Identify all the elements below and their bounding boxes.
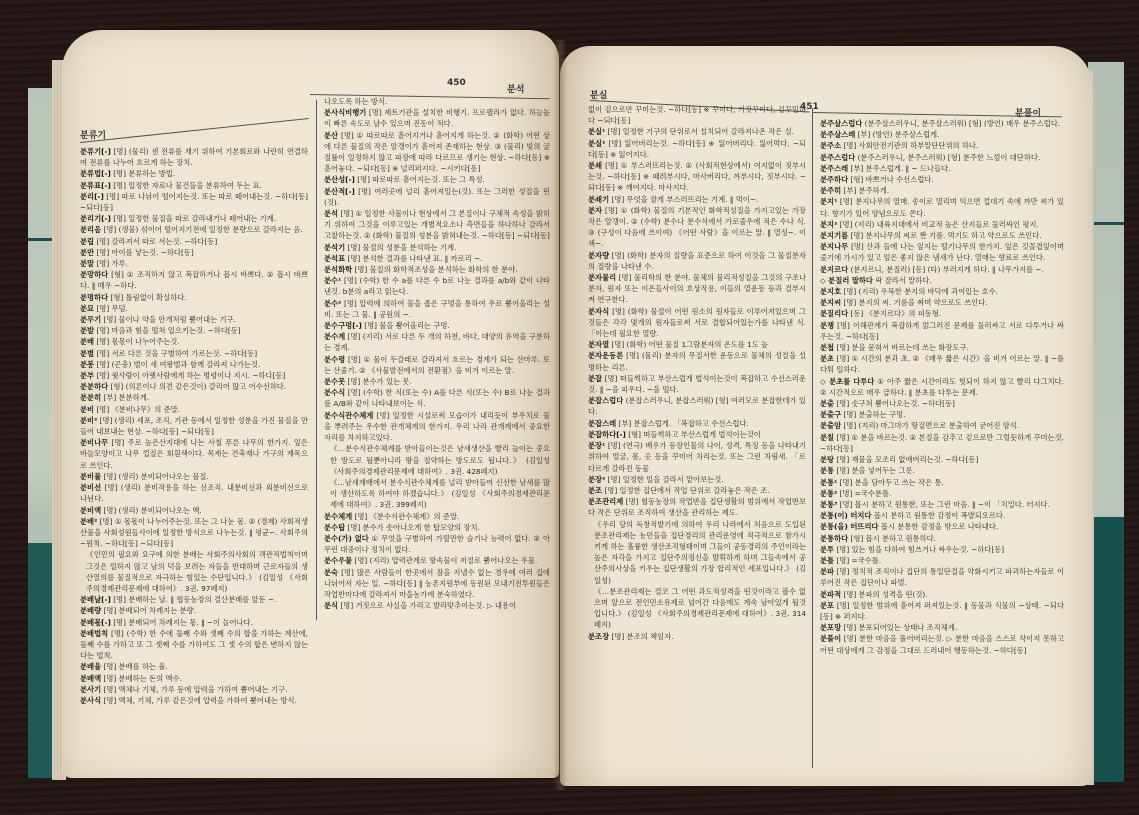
dictionary-entry: 분조관리제 [명] 협동농장의 작업반을 집단생활의 범위에서 작업반보다 작은… [588, 496, 806, 518]
dictionary-entry: 분산 [명] ① 따로따로 흩어지거나 흩어지게 하는것. ② (화학) 어떤 … [324, 130, 550, 175]
headword: 분주히 [820, 186, 841, 195]
dictionary-entry: 분비물 [명] (생리) 분비되어나오는 물질. [80, 471, 308, 482]
dictionary-entry: 분수령 [명] ① 물이 두갈래로 갈라져서 흐르는 경계가 되는 산마루. 또… [324, 354, 550, 376]
dictionary-entry: 분사기 [명] 액체나 기체, 가루 등에 압력을 가하여 뿜어내는 기구. [80, 684, 308, 695]
definition: [명] 산과 들에 나는 잎지는 떨기나무의 한가지. 잎은 깃꼴겹잎이며 줄기… [820, 242, 1064, 262]
dictionary-entry: 분산성[-] [명] 따로따로 흩어지는것. 또는 그 특성. [324, 174, 550, 185]
headword: 분주하다 [820, 175, 848, 184]
dictionary-entry: 분배² [명] ① 몫몫이 나누어주는것. 또는 그 나눈 몫. ② (경제) … [80, 516, 308, 550]
dictionary-entry: 분지호 [명] (지리) 우묵한 분지의 바닥에 괴여있는 호수. [820, 286, 1064, 297]
definition: [명] 분파의 성격을 띤(것). [843, 590, 927, 599]
dictionary-entry: 없이 겉으로만 꾸미는것. ~하다[동] ※ 꾸미다, 거짓꾸미다, 겉꾸밈하다… [588, 104, 806, 126]
column-separator [812, 108, 813, 768]
column-separator [316, 100, 317, 620]
headword: 분사식비행기 [324, 108, 366, 117]
headword: 분립 [80, 237, 94, 246]
definition: [명] 무엇을 잘게 부스러뜨리는 기계. ‖ 먹이~. [611, 195, 758, 204]
definition: [명] 이해관계가 복잡하게 얽그러진 문제를 둘러싸고 서로 다투거나 싸우는… [820, 321, 1064, 341]
dictionary-entry: 분수탑 [명] 분수가 솟아나오게 한 탑모양의 장치. [324, 522, 550, 533]
headword: 분석표 [324, 254, 345, 263]
definition: [명] 분배를 하는 율. [103, 662, 167, 671]
definition: [명] 윗사람이 아랫사람에게 하는 명령이나 지시. ~하다[동] [96, 371, 285, 380]
definition: [명] 분을 넣어두는 그릇. [836, 466, 914, 475]
headword: 분무기 [80, 315, 101, 324]
dictionary-entry: 분산적[-] [명] 여러곳에 널리 흩어져있는(것). 또는 그러한 성질을 … [324, 186, 550, 208]
definition: [명] 여러곳에 널리 흩어져있는(것). 또는 그러한 성질을 띤(것). [324, 187, 550, 207]
dictionary-entry: 분틀 [명] =국수틀. [820, 555, 1064, 566]
definition: [명] =국수틀. [836, 556, 881, 565]
definition: [명] 따로 나뉘어 떨어지는것. 또는 따로 떼어내는것. ~하다[동] ~되… [80, 192, 308, 212]
definition: [명] 분지나무의 씨로 짠 기름. 먹기도 하고 약으로도 쓰인다. [851, 231, 1042, 240]
headword: 분포망 [820, 623, 841, 632]
definition: [명] (연극) 배우가 등장인물의 나이, 성격, 특징 등을 나타내기 위하… [588, 441, 806, 472]
headword: 분자열 [588, 340, 609, 349]
dictionary-entry: 분자량 [명] (화학) 분자의 질량을 표준으로 하여 이것을 그 물질분자의… [588, 250, 806, 272]
dictionary-entry: 분수식관수체계 [명] 일정한 시설로써 모습이가 내리듯이 부우치로 물을 뿌… [324, 410, 550, 444]
definition: [명] (생물) 섞이어 떨어지기전에 일정한 분량으로 갈라지는 음. [103, 225, 302, 234]
dictionary-entry: 분파적 [명] 분파의 성격을 띤(것). [820, 589, 1064, 600]
definition: [명] (화학) 어떤 물질 1그람분자의 온도를 1도 높 [611, 340, 768, 349]
definition: [명] 분수가 솟아나오게 한 탑모양의 장치. [347, 523, 479, 532]
dictionary-entry: 분주히 [부] 분주하게. [820, 185, 1064, 196]
definition: [명] 서로 다른 것을 구별하여 가르는것. ~하다[동] [96, 349, 257, 358]
headword: 분장² [588, 475, 605, 484]
definition: [명] 분조의 책임자. [611, 632, 673, 641]
headword: 분자운동론 [588, 351, 623, 360]
definition: [명] (지리) 내륙지대에서 비교적 높은 산지들로 둘러싸인 평지. [840, 220, 1039, 229]
headword: 분수령 [324, 355, 345, 364]
headword: 분자 [588, 206, 602, 215]
dictionary-entry: 분분히 [부] 분분하게. [80, 392, 308, 403]
dictionary-entry: 분실¹ [명] 일정한 기구의 단위로서 설치되어 갈라져나온 작은 실. [588, 126, 806, 137]
headword: 분잡하다[-] [588, 430, 626, 439]
headword: 분지² [820, 220, 837, 229]
dictionary-entry: 분주살스럽다 (분주살스러우니, 분주살스러워) [형] (방언) 매우 분주스… [820, 118, 1064, 129]
page-number-left: 450 [447, 78, 466, 88]
definition: [명] 솟구쳐 뿜어나오는것. ~하다[동] [836, 399, 954, 408]
definition: [명] 분포되어있는 상태나 조직체계. [843, 623, 957, 632]
definition: [동] 《분지르다》의 피동형. [851, 309, 942, 318]
quotation: 《…남새재배에서 분수식관수체계를 널리 받아들여 신선한 남새를 많이 생산하… [324, 477, 550, 511]
definition: (분주살스러우니, 분주살스러워) [형] (방언) 매우 분주스럽다. [865, 119, 1060, 128]
headword: ◇ 분질러 말하다 [820, 276, 873, 285]
dictionary-entry: 분석기 [명] 물질의 성분을 분석하는 기계. [324, 242, 550, 253]
definition: [명] (생리) 세포, 조직, 기관 등에서 일정한 성분을 가진 물질을 만… [80, 416, 308, 436]
definition: 없이 겉으로만 꾸미는것. ~하다[동] ※ 꾸미다, 거짓꾸미다, 겉꾸밈하다… [588, 105, 806, 125]
dictionary-entry: 분지² [명] (지리) 내륙지대에서 비교적 높은 산지들로 둘러싸인 평지. [820, 219, 1064, 230]
definition: [명] (생리) 분비되어나오는 물질. [103, 472, 208, 481]
headword: 분류기[-] [80, 147, 111, 156]
dictionary-entry: 분무기 [명] 물이나 약을 안개처럼 뿜어내는 기구. [80, 314, 308, 325]
headword: 분배액 [80, 674, 101, 683]
headword: 분파적 [820, 590, 841, 599]
dictionary-entry: 분장¹ [명] (연극) 배우가 등장인물의 나이, 성격, 특징 등을 나타내… [588, 440, 806, 474]
dictionary-entry: 분수구멍[-] [명] 물을 뿜어올리는 구멍. [324, 320, 550, 331]
dictionary-entry: 분출구 [명] 분출하는 구멍. [820, 409, 1064, 420]
headword: 분칠 [820, 433, 834, 442]
dictionary-entry: 분수(가) 없다 ① 무엇을 구별하여 가릴만한 슬기나 능력이 없다. ② 아… [324, 533, 550, 555]
definition: [부] 분잡스럽게. 「복잡하고 수선스럽다. [619, 419, 749, 428]
dictionary-entry: 분식 [명] 거짓으로 사실을 가리고 발라맞추이는것. ▷ 내용이 [324, 600, 550, 611]
headword: 분잡스레 [588, 419, 616, 428]
headword: 분수² [324, 299, 341, 308]
headword: 분첩 [820, 343, 834, 352]
dictionary-entry: 분석 [명] ① 일정한 사물이나 현상에서 그 본질이나 구체적 속성을 밝히… [324, 208, 550, 242]
definition: [명] 분을 담아두고 쓰는 작은 통. [840, 478, 944, 487]
headword: 분배량 [80, 606, 101, 615]
headword: 분출구 [820, 410, 841, 419]
dictionary-entry: 분수체계 [명] 《분수식관수체계》의 준말. [324, 511, 550, 522]
definition: [명] 물이나 약을 안개처럼 뿜어내는 기구. [103, 315, 235, 324]
headword: 분주살스럽다 [820, 119, 862, 128]
dictionary-entry: 분쟁 [명] 이해관계가 복잡하게 얽그러진 문제를 둘러싸고 서로 다투거나 … [820, 320, 1064, 342]
dictionary-entry: 분류기[-] [명] (물리) 센 전류를 재기 위하여 기본회로와 나란히 연… [80, 146, 308, 168]
dictionary-entry: 분리음 [명] (생물) 섞이어 떨어지기전에 일정한 분량으로 갈라지는 음. [80, 224, 308, 235]
headword: 분분하다 [80, 382, 108, 391]
headword: 분풀이 [820, 634, 841, 643]
dictionary-entry: 분지나무 [명] 산과 들에 나는 잎지는 떨기나무의 한가지. 잎은 깃꼴겹잎… [820, 241, 1064, 263]
definition: [명] 정치적 조직이나 집단의 통일단결을 약화시키고 파괴하는자들로 이루어… [820, 567, 1064, 587]
headword: 분출 [820, 399, 834, 408]
dictionary-entry: 분초 [명] ① 시간의 분과 초. ② 《매우 짧은 시간》을 비겨 이르는 … [820, 353, 1064, 375]
definition: [명] 사회안전기관의 하부말단단위의 하나. [843, 141, 978, 150]
dictionary-entry: 분망하다 [형] ① 조직하지 않고 복잡하거나 몹시 바쁘다. ② 몹시 바쁘… [80, 269, 308, 291]
definition: [명] (지리) 마그마가 땅겉면으로 분출하여 굳어진 암석. [843, 421, 1019, 430]
right-page: 분실 451 분풀이 없이 겉으로만 꾸미는것. ~하다[동] ※ 꾸미다, 거… [560, 46, 1092, 786]
definition: [명] 주로 높은산지대에 나는 사철 푸른 나무의 한가지. 잎은 바늘모양이… [80, 438, 308, 469]
dictionary-entry: 분수못 [명] 분수가 있는 못. [324, 376, 550, 387]
headword: 분자식 [588, 307, 609, 316]
dictionary-entry: 분통하다 [형] 몹시 분하고 원통하다. [820, 533, 1064, 544]
dictionary-entry: 분지르다 (분지르니, 분질러) [동] (타) 부러지게 하다. ‖ 나무가지… [820, 264, 1064, 275]
headword: 분쇄기 [588, 195, 609, 204]
definition: [명] 재물을 모조리 없애버리는것. ~하다[동] [836, 455, 978, 464]
dictionary-entry: 분만 [명] 아이를 낳는것. ~하다[동] [80, 247, 308, 258]
definition: [명] 일정한 일을 갈라서 맡아보는것. [608, 475, 724, 484]
definition: [명] ① 부스러뜨리는것. ② (사회적현상에서) 여지없이 짓부시는것. ~… [588, 161, 806, 192]
headword: 분분히 [80, 393, 101, 402]
dictionary-entry: 분배법칙 [명] (수학) 한 수에 둘째 수와 셋째 수의 합을 가하는 계산… [80, 628, 308, 662]
definition: 몹시 분통한 감정을 밖으로 나타내다. [881, 522, 998, 531]
definition: 딱 잘라서 말하다. [875, 276, 931, 285]
headword: 분실¹ [588, 127, 605, 136]
dictionary-entry: 분봉 [명] (곤충) 벌이 새 여왕벌과 함께 갈라져 나가는것. [80, 359, 308, 370]
dictionary-entry: 분비나무 [명] 주로 높은산지대에 나는 사철 푸른 나무의 한가지. 잎은 … [80, 437, 308, 471]
column-3: 없이 겉으로만 꾸미는것. ~하다[동] ※ 꾸미다, 거짓꾸미다, 겉꾸밈하다… [588, 104, 806, 764]
headword: 분통(을) 터뜨리다 [820, 522, 879, 531]
dictionary-entry: 분말 [명] 가루. [80, 258, 308, 269]
dictionary-entry: 분자운동론 [명] (물리) 분자의 무질서한 운동으로 물체의 성질을 설명하… [588, 350, 806, 372]
dictionary-entry: 분주소 [명] 사회안전기관의 하부말단단위의 하나. [820, 140, 1064, 151]
definition: [명] (수학) 한 수 a를 다른 수 b로 나눈 결과를 a/b와 같이 나… [324, 276, 550, 296]
dictionary-entry: 분탕 [명] 재물을 모조리 없애버리는것. ~하다[동] [820, 454, 1064, 465]
definition: [명] ① (화학) 물질의 기본적인 화학적성질을 가지고있는 가장 작은 알… [588, 206, 806, 249]
definition: [명] 마음과 힘을 떨쳐 일으키는것. ~하다[동] [96, 326, 240, 335]
headword: 분잡 [588, 374, 602, 383]
definition: [명] 분지의 씨. 기름을 짜며 약으로도 쓰인다. [843, 298, 987, 307]
dictionary-entry: 분수계 [명] (지리) 서로 다른 두 개의 하천, 바다, 대양의 유역을 … [324, 331, 550, 353]
dictionary-entry: 분별 [명] 서로 다른 것을 구별하여 가르는것. ~하다[동] [80, 348, 308, 359]
definition: [명] 일정한 자료나 물건들을 분류하여 두는 표. [113, 181, 262, 190]
definition: [명] ① 몫몫이 나누어주는것. 또는 그 나눈 몫. ② (경제) 사회적생… [80, 517, 308, 548]
definition: [명] 일정한 집단에서 작업 단위로 갈라놓은 작은 조. [604, 486, 769, 495]
headword: 분조장 [588, 632, 609, 641]
dictionary-entry: 분류법[-] [명] 분류하는 방법. [80, 168, 308, 179]
definition: [명] 물을 뿜어올리는 구멍. [364, 321, 449, 330]
definition: [명] 따로따로 흩어지는것. 또는 그 특성. [357, 175, 485, 184]
dictionary-entry: ◇ 분질러 말하다 딱 잘라서 말하다. [820, 275, 1064, 286]
headword: 분석화학 [324, 265, 352, 274]
definition: [명] 많은 사람들이 한곳에서 잠을 지낼수 없는 경우에 여러 집에 나뉘어… [324, 568, 550, 599]
headword: 분류법[-] [80, 169, 111, 178]
dictionary-entry: 분배액 [명] 분배하는 돈의 액수. [80, 673, 308, 684]
quotation: 《…분조관리제는 결코 그 어떤 과도적성격을 띤것이라고 볼수 없으며 앞으로… [588, 586, 806, 631]
dictionary-entry: 분사식비행기 [명] 제트기관을 설치한 비행기. 프로펠라가 없다. 하늘높이… [324, 107, 550, 129]
headword: 분지기름 [820, 231, 848, 240]
definition: [명] 분을 묻혀서 바르는데 쓰는 화장도구. [836, 343, 968, 352]
definition: [명] ① 물이 두갈래로 갈라져서 흐르는 경계가 되는 산마루. 또는 산줄… [324, 355, 550, 375]
headword: 분배² [80, 517, 97, 526]
headword: 분수(가) 없다 [324, 534, 369, 543]
dictionary-entry: 분통² [명] =국수분틀. [820, 488, 1064, 499]
headword: 분통 [820, 466, 834, 475]
headword: 분비 [80, 405, 94, 414]
headword: 분비물 [80, 472, 101, 481]
headword: 분배 [80, 337, 94, 346]
headword: 분만 [80, 248, 94, 257]
definition: [명] 일정한 범위에 흩어져 퍼져있는것. ‖ 동물과 식물의 ~상태. ~되… [820, 601, 1064, 621]
definition: [명] 분출하는 구멍. [843, 410, 905, 419]
dictionary-entry: 분지씨 [명] 분지의 씨. 기름을 짜며 약으로도 쓰인다. [820, 297, 1064, 308]
definition: [부] 분주하게. [843, 186, 889, 195]
quotation: 《…분수식관수체계를 받아들이는것은 남새생산을 빨리 늘이는 중요한 방도로 … [324, 443, 550, 477]
headword: 분명하다 [80, 293, 108, 302]
headword: 분리[-] [80, 192, 104, 201]
headword: 분비나무 [80, 438, 108, 447]
dictionary-entry: 분쇄기 [명] 무엇을 잘게 부스러뜨리는 기계. ‖ 먹이~. [588, 194, 806, 205]
definition: [명] 물질의 화학적조성을 분석하는 화학의 한 분야. [355, 265, 518, 274]
definition: [부] 분분하게. [103, 393, 149, 402]
definition: [형] 틀림없이 확실하다. [111, 293, 187, 302]
headword: 분발 [80, 326, 94, 335]
definition: [명] 무덤. [96, 304, 127, 313]
headword: 분수체계 [324, 512, 352, 521]
definition: [명] ① 따로따로 흩어지거나 흩어지게 하는것. ② (화학) 어떤 상에 … [324, 131, 550, 174]
definition: [명] 몫몫이 나누어주는것. [96, 337, 179, 346]
dictionary-entry: 분비액 [명] (생리) 분비되어나오는 액. [80, 505, 308, 516]
definition: [명] (생리) 분비되어나오는 액. [103, 506, 201, 515]
dictionary-entry: 분잡스레 [부] 분잡스럽게. 「복잡하고 수선스럽다. [588, 418, 806, 429]
definition: [명] (화학) 물질이 어떤 원소의 원자들로 이루어져있으며 그것들은 각각… [588, 307, 806, 338]
dictionary-entry: 분지기름 [명] 분지나무의 씨로 짠 기름. 먹기도 하고 약으로도 쓰인다. [820, 230, 1064, 241]
definition: [형] (의론이나 의견 같은것이) 갈리어 많고 어수선하다. [111, 382, 287, 391]
headword: 분지씨 [820, 298, 841, 307]
headword: 분주살스레 [820, 130, 855, 139]
dictionary-entry: 분자열 [명] (화학) 어떤 물질 1그람분자의 온도를 1도 높 [588, 339, 806, 350]
headword: 분질리다 [820, 309, 848, 318]
definition: [명] 분배되어 차례지는 분량. [103, 606, 196, 615]
dictionary-entry: 분석표 [명] 분석한 결과를 나타낸 표. ‖ 카로리 ~. [324, 253, 550, 264]
definition: [명] (수학) 한 수에 둘째 수와 셋째 수의 합을 가하는 계산에, 둘째… [80, 629, 308, 660]
dictionary-entry: 분립 [명] 갈라져서 따로 서는것. ~하다[동] [80, 236, 308, 247]
headword: 분비선 [80, 483, 101, 492]
definition: [명] 일정한 물질을 따로 갈라내거나 떼어내는 기계. [113, 214, 276, 223]
definition: (분주스러우니, 분주스러워) [형] 분주한 느낌이 대단하다. [858, 153, 1041, 162]
definition: 몹시 분하고 원통한 감정이 폭발되오르다. [874, 511, 1005, 520]
headword: 분통¹ [820, 478, 837, 487]
headword: 분배날[-] [80, 595, 111, 604]
headword: 분배율 [80, 662, 101, 671]
dictionary-entry: 분통(이) 터지다 몹시 분하고 원통한 감정이 폭발되오르다. [820, 510, 1064, 521]
headword: 분통² [820, 489, 837, 498]
headword: 분쟁 [820, 321, 834, 330]
definition: [명] 액체나 기체, 가루 등에 압력을 가하여 뿜어내는 기구. [103, 685, 287, 694]
definition: [명] (지리) 압력관계로 땅속물이 저절로 뿜어나오는 우물. [355, 556, 538, 565]
definition: [명] ① 시간의 분과 초. ② 《매우 짧은 시간》을 비겨 이르는 말. … [820, 354, 1064, 374]
definition: [형] 몹시 분하고 원통하다. [851, 534, 936, 543]
headword: 분조 [588, 486, 602, 495]
headword: 분수계 [324, 332, 345, 341]
headword: 분파 [820, 567, 834, 576]
dictionary-entry: 분자 [명] ① (화학) 물질의 기본적인 화학적성질을 가지고있는 가장 작… [588, 205, 806, 250]
definition: [명] 《분수식관수체계》의 준말. [355, 512, 460, 521]
dictionary-entry: 분비² [명] (생리) 세포, 조직, 기관 등에서 일정한 성분을 가진 물… [80, 415, 308, 437]
headword: 분주소 [820, 141, 841, 150]
dictionary-entry: 분장² [명] 일정한 일을 갈라서 맡아보는것. [588, 474, 806, 485]
dictionary-entry: 분명하다 [형] 틀림없이 확실하다. [80, 292, 308, 303]
dictionary-entry: 분수¹ [명] (수학) 한 수 a를 다른 수 b로 나눈 결과를 a/b와 … [324, 275, 550, 297]
headword: 분지르다 [820, 265, 848, 274]
headword: 분수식관수체계 [324, 411, 373, 420]
headword: 분쇄 [588, 161, 602, 170]
headword: 분봉 [80, 360, 94, 369]
headword: 분석 [324, 209, 338, 218]
dictionary-entry: 분칠 [명] ① 분을 바르는것. ② 본질을 감추고 겉으로만 그럴듯하게 꾸… [820, 432, 1064, 454]
definition: [명] 분류하는 방법. [113, 169, 175, 178]
headword: 분자량 [588, 251, 609, 260]
definition: [형] ① 조직하지 않고 복잡하거나 몹시 바쁘다. ② 몹시 바쁘다. ‖ … [80, 270, 308, 290]
headword: 분사식 [80, 696, 101, 705]
definition: [명] 분한 마음을 풀어버리는것. ▷ 분한 마음을 스스로 삭이지 못하고 … [820, 634, 1064, 654]
dictionary-entry: 분숙 [명] 많은 사람들이 한곳에서 잠을 지낼수 없는 경우에 여러 집에 … [324, 567, 550, 601]
dictionary-entry: 분통¹ [명] 분을 담아두고 쓰는 작은 통. [820, 477, 1064, 488]
headword: 분석기 [324, 243, 345, 252]
headword: 분산성[-] [324, 175, 355, 184]
definition: [명] 분배하는 날. ‖ 협동농장의 결산분배를 앞둔 ~. [113, 595, 276, 604]
dictionary-entry: 분투 [명] 있는 힘을 다하여 힘쓰거나 싸우는것. ~하다[동] [820, 544, 1064, 555]
dictionary-entry: 분잡 [명] 떠들썩하고 부산스럽게 법석이는것이 복잡하고 수선스러운것. ‖… [588, 373, 806, 395]
dictionary-entry: 분부 [명] 윗사람이 아랫사람에게 하는 명령이나 지시. ~하다[동] [80, 370, 308, 381]
left-page: 450 분석 분류기 분류기[-] [명] (물리) 센 전류를 재기 위하여 … [62, 30, 559, 778]
headword: 분통하다 [820, 534, 848, 543]
headword: 분조관리제 [588, 497, 623, 506]
dictionary-entry: 분주스럽다 (분주스러우니, 분주스러워) [형] 분주한 느낌이 대단하다. [820, 152, 1064, 163]
definition: [명] (곤충) 벌이 새 여왕벌과 함께 갈라져 나가는것. [96, 360, 260, 369]
guide-word-right: 분석 [507, 82, 524, 95]
headword: 분리기[-] [80, 214, 111, 223]
dictionary-entry: 분조 [명] 일정한 집단에서 작업 단위로 갈라놓은 작은 조. [588, 485, 806, 496]
definition: [형] 바쁘거나 수선스럽다. [851, 175, 934, 184]
definition: [명] 분배하는 돈의 액수. [103, 674, 181, 683]
headword: 분투 [820, 545, 834, 554]
headword: 분말 [80, 259, 94, 268]
definition: [명] 갈라져서 따로 서는것. ~하다[동] [96, 237, 217, 246]
headword: 분수¹ [324, 276, 341, 285]
dictionary-entry: 분통 [명] 분을 넣어두는 그릇. [820, 465, 1064, 476]
dictionary-entry: 분출암 [명] (지리) 마그마가 땅겉면으로 분출하여 굳어진 암석. [820, 420, 1064, 431]
dictionary-entry: 분조장 [명] 분조의 책임자. [588, 631, 806, 642]
dictionary-entry: 나오도록 하는 방식. [324, 96, 550, 107]
dictionary-entry: 분질리다 [동] 《분지르다》의 피동형. [820, 308, 1064, 319]
dictionary-entry: 분파 [명] 정치적 조직이나 집단의 통일단결을 약화시키고 파괴하는자들로 … [820, 566, 1064, 588]
quotation: 《인민의 필요와 요구에 의한 분배는 사회주의사회의 객관적법칙이며 그것은 … [80, 549, 308, 594]
dictionary-entry: ◇ 분초를 다투다 ① 아주 짧은 시간이라도 헛되이 하지 않고 빨리 다그치… [820, 376, 1064, 398]
headword: 분통³ [820, 500, 837, 509]
dictionary-entry: 분주하다 [형] 바쁘거나 수선스럽다. [820, 174, 1064, 185]
dictionary-entry: 분비선 [명] (생리) 분비작용을 하는 선조직. 내분비선과 외분비선으로 … [80, 482, 308, 504]
dictionary-entry: 분류표[-] [명] 일정한 자료나 물건들을 분류하여 두는 표. [80, 180, 308, 191]
headword: 분주스럽다 [820, 153, 855, 162]
headword: 분지호 [820, 287, 841, 296]
dictionary-entry: 분풀이 [명] 분한 마음을 풀어버리는것. ▷ 분한 마음을 스스로 삭이지 … [820, 633, 1064, 655]
headword: 분장¹ [588, 441, 605, 450]
definition: [명] 물질의 성분을 분석하는 기계. [347, 243, 456, 252]
dictionary-entry: 분포망 [명] 분포되어있는 상태나 조직체계. [820, 622, 1064, 633]
headword: 분주스레 [820, 164, 848, 173]
dictionary-entry: 분잡하다[-] [형] 떠들썩하고 부산스럽게 법석이는것이 [588, 429, 806, 440]
headword: 분잡스럽다 [588, 396, 623, 405]
headword: 분망하다 [80, 270, 108, 279]
headword: ◇ 분초를 다투다 [820, 377, 874, 386]
dictionary-entry: 분수² [명] 압력에 의하여 물을 좁은 구멍을 통하여 우로 뿜어올리는 설… [324, 298, 550, 320]
definition: [명] 분배되어 차례지는 몫. ‖ ~이 늘어나다. [113, 618, 253, 627]
definition: [명] 분수가 있는 못. [347, 377, 411, 386]
column-4: 분주살스럽다 (분주살스러우니, 분주살스러워) [형] (방언) 매우 분주스… [820, 118, 1064, 758]
dictionary-entry: 분쇄 [명] ① 부스러뜨리는것. ② (사회적현상에서) 여지없이 짓부시는것… [588, 160, 806, 194]
definition: [부] 분주스럽게. ‖ ~ 드나들다. [851, 164, 951, 173]
definition: [명] 몹시 분하고 원통한, 또는 그런 마음. ‖ ~이 「치밀다. 터지다… [840, 500, 1050, 509]
definition: [명] 《분비나무》의 준말. [96, 405, 180, 414]
headword: 분초 [820, 354, 834, 363]
headword: 분통(이) 터지다 [820, 511, 872, 520]
definition: [명] (지리) 우묵한 분지의 바닥에 괴여있는 호수. [843, 287, 998, 296]
column-2: 나오도록 하는 방식.분사식비행기 [명] 제트기관을 설치한 비행기. 프로펠… [324, 96, 550, 756]
definition: [형] 떠들썩하고 부산스럽게 법석이는것이 [628, 430, 760, 439]
dictionary-entry: 분수식 [명] (수학) 한 식(또는 수) A를 다른 식(또는 수) B로 … [324, 387, 550, 409]
book-gutter [553, 40, 567, 790]
quotation: 《우리 당의 독창적발기에 의하여 우리 나라에서 처음으로 도입된 분조관리제… [588, 519, 806, 586]
headword: 분자물리 [588, 273, 616, 282]
headword: 분실² [588, 139, 605, 148]
definition: [명] 일정한 기구의 단위로서 설치되어 갈라져나온 작은 실. [608, 127, 794, 136]
dictionary-entry: 분비 [명] 《분비나무》의 준말. [80, 404, 308, 415]
dictionary-entry: 분주스레 [부] 분주스럽게. ‖ ~ 드나들다. [820, 163, 1064, 174]
dictionary-entry: 분첩 [명] 분을 묻혀서 바르는데 쓰는 화장도구. [820, 342, 1064, 353]
definition: [명] 물리학의 한 분야. 물체의 물리적성질을 그것의 구조나 분자, 원자… [588, 273, 806, 304]
dictionary-entry: 분리기[-] [명] 일정한 물질을 따로 갈라내거나 떼어내는 기계. [80, 213, 308, 224]
headword: 분류표[-] [80, 181, 111, 190]
headword: 분산 [324, 131, 338, 140]
dictionary-entry: 분배날[-] [명] 분배하는 날. ‖ 협동농장의 결산분배를 앞둔 ~. [80, 594, 308, 605]
definition: [명] 잃어버리는것. ~하다[동] ※ 잃어버리다. 잃어먹다. ~되다[동]… [588, 139, 806, 159]
dictionary-entry: 분석화학 [명] 물질의 화학적조성을 분석하는 화학의 한 분야. [324, 264, 550, 275]
definition: [명] (물리) 센 전류를 재기 위하여 기본회로와 나란히 연결하여 전류를… [80, 147, 308, 167]
headword: 분틀 [820, 556, 834, 565]
headword: 분포 [820, 601, 834, 610]
dictionary-entry: 분잡스럽다 (분잡스러우니, 분잡스러워) [형] 여러모로 분잡한데가 있다. [588, 395, 806, 417]
definition: [명] 액체, 기체, 가루 같은것에 압력을 가하여 뿜어내는 방식. [103, 696, 296, 705]
definition: [명] 거짓으로 사실을 가리고 발라맞추이는것. ▷ 내용이 [340, 601, 516, 610]
